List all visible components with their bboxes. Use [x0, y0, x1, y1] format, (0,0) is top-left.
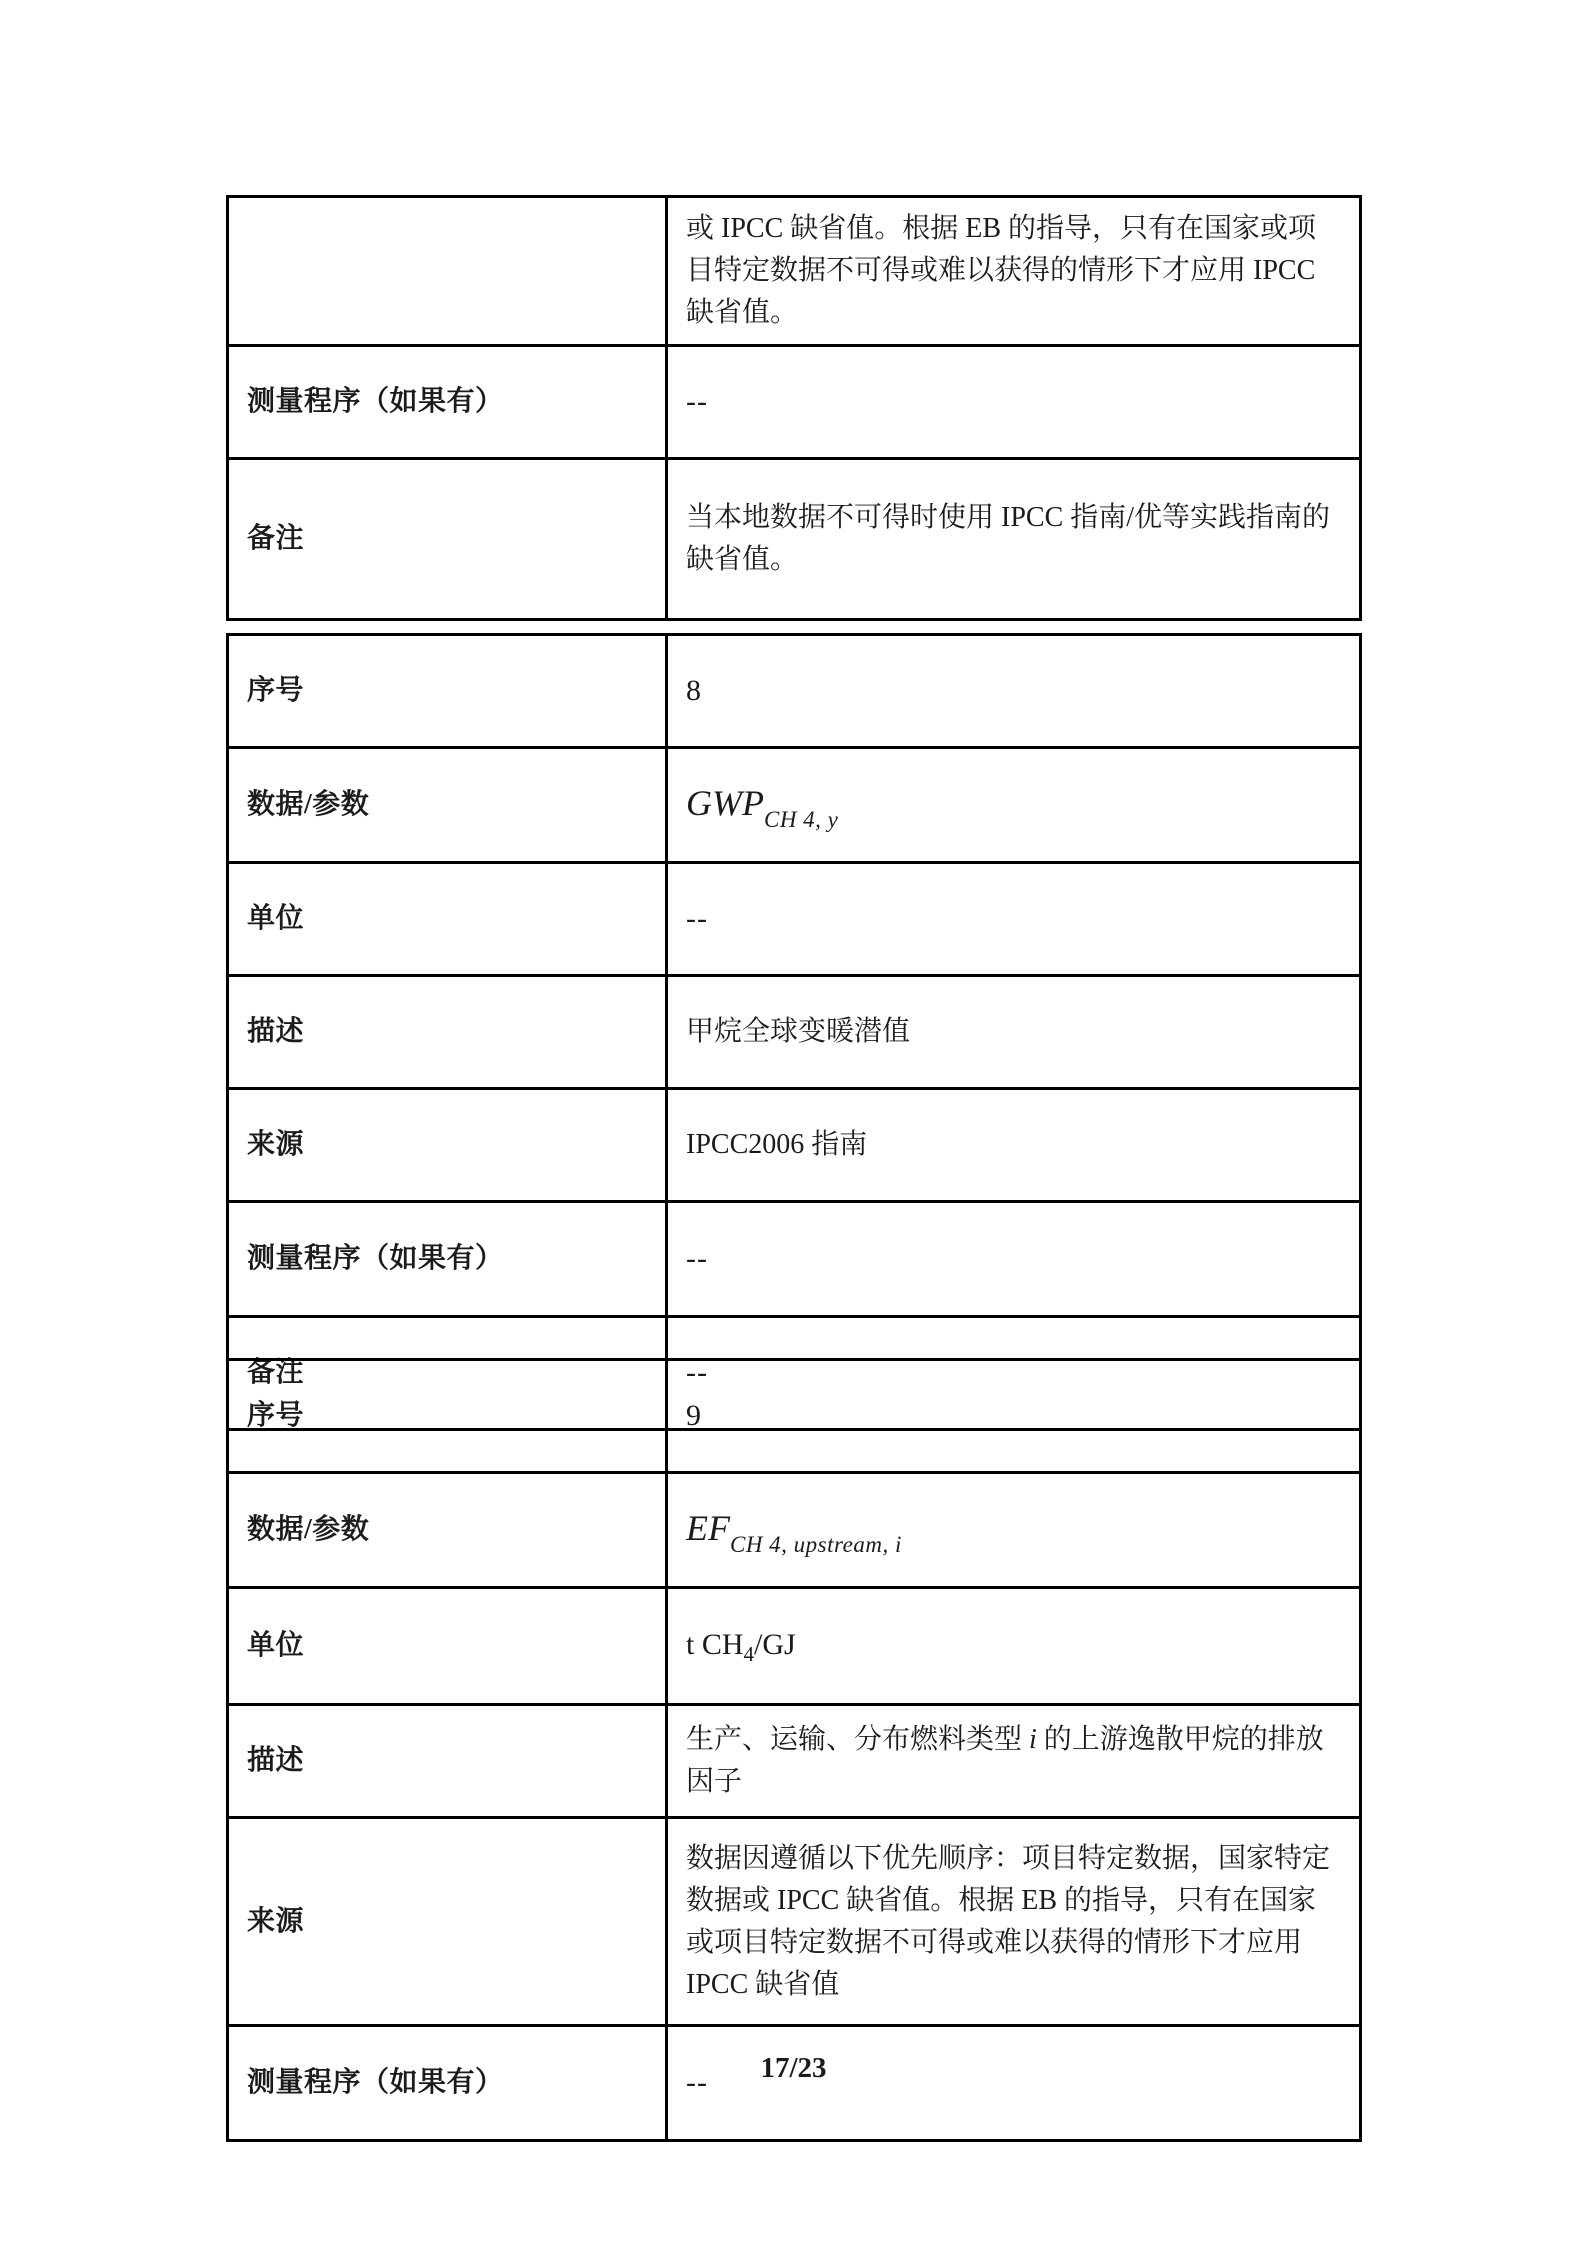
row-label-cell: 数据/参数: [228, 1473, 667, 1588]
row-label: 数据/参数: [247, 789, 369, 820]
row-label: 描述: [247, 1016, 304, 1047]
row-label-cell: 测量程序（如果有）: [228, 346, 667, 459]
source-text: IPCC2006 指南: [686, 1129, 867, 1160]
parameter-table-8: 序号 8 数据/参数 GWPCH 4, y 单位 -- 描述 甲烷全球变暖潜值 …: [226, 633, 1362, 1431]
formula-subscript: CH 4, upstream, i: [730, 1532, 902, 1557]
row-label-cell: 单位: [228, 1588, 667, 1705]
table-row: 单位 t CH4/GJ: [228, 1588, 1361, 1705]
row-label-cell: 序号: [228, 635, 667, 748]
row-value-cell: --: [667, 1202, 1361, 1317]
measurement-procedure-value: --: [686, 385, 708, 418]
row-value-cell: 当本地数据不可得时使用 IPCC 指南/优等实践指南的缺省值。: [667, 459, 1361, 620]
row-value-cell: 生产、运输、分布燃料类型 i 的上游逸散甲烷的排放因子: [667, 1705, 1361, 1818]
row-label-cell: 单位: [228, 863, 667, 976]
row-value-cell: 数据因遵循以下优先顺序：项目特定数据，国家特定数据或 IPCC 缺省值。根据 E…: [667, 1818, 1361, 2026]
table-row: 测量程序（如果有） --: [228, 1202, 1361, 1317]
table-row: 备注 当本地数据不可得时使用 IPCC 指南/优等实践指南的缺省值。: [228, 459, 1361, 620]
row-label: 描述: [247, 1745, 304, 1776]
table-row: 描述 甲烷全球变暖潜值: [228, 976, 1361, 1089]
unit-value: --: [686, 902, 708, 935]
row-label-cell: [228, 197, 667, 346]
parameter-formula: GWPCH 4, y: [686, 783, 838, 823]
table-row: 单位 --: [228, 863, 1361, 976]
row-label: 来源: [247, 1906, 304, 1937]
row-value-cell: 甲烷全球变暖潜值: [667, 976, 1361, 1089]
row-label-cell: 序号: [228, 1360, 667, 1473]
table-row: 测量程序（如果有） --: [228, 346, 1361, 459]
table-row: 来源 IPCC2006 指南: [228, 1089, 1361, 1202]
table-row: 数据/参数 EFCH 4, upstream, i: [228, 1473, 1361, 1588]
row-label-cell: 来源: [228, 1089, 667, 1202]
sequence-number: 8: [686, 674, 701, 707]
table-row: 数据/参数 GWPCH 4, y: [228, 748, 1361, 863]
row-value-cell: 9: [667, 1360, 1361, 1473]
table-row: 序号 9: [228, 1360, 1361, 1473]
unit-value: t CH4/GJ: [686, 1628, 796, 1661]
document-page: 或 IPCC 缺省值。根据 EB 的指导，只有在国家或项目特定数据不可得或难以获…: [0, 0, 1587, 2245]
row-label-cell: 测量程序（如果有）: [228, 1202, 667, 1317]
table-row: 来源 数据因遵循以下优先顺序：项目特定数据，国家特定数据或 IPCC 缺省值。根…: [228, 1818, 1361, 2026]
parameter-table-continued: 或 IPCC 缺省值。根据 EB 的指导，只有在国家或项目特定数据不可得或难以获…: [226, 195, 1362, 621]
unit-subscript: 4: [744, 1642, 755, 1666]
row-value-cell: --: [667, 863, 1361, 976]
measurement-procedure-value: --: [686, 1242, 708, 1275]
row-label-cell: 备注: [228, 459, 667, 620]
page-number: 17/23: [0, 2052, 1587, 2085]
row-label: 单位: [247, 1630, 304, 1661]
row-label: 数据/参数: [247, 1514, 369, 1545]
source-continued-text: 或 IPCC 缺省值。根据 EB 的指导，只有在国家或项目特定数据不可得或难以获…: [686, 213, 1316, 328]
row-label: 单位: [247, 903, 304, 934]
row-label: 测量程序（如果有）: [247, 1243, 504, 1274]
description-text: 甲烷全球变暖潜值: [686, 1016, 910, 1047]
row-label-cell: 描述: [228, 976, 667, 1089]
row-value-cell: t CH4/GJ: [667, 1588, 1361, 1705]
row-value-cell: 8: [667, 635, 1361, 748]
row-value-cell: EFCH 4, upstream, i: [667, 1473, 1361, 1588]
row-label: 序号: [247, 675, 304, 706]
table-row: 或 IPCC 缺省值。根据 EB 的指导，只有在国家或项目特定数据不可得或难以获…: [228, 197, 1361, 346]
table-row: 描述 生产、运输、分布燃料类型 i 的上游逸散甲烷的排放因子: [228, 1705, 1361, 1818]
formula-base: GWP: [686, 783, 764, 823]
row-value-cell: --: [667, 346, 1361, 459]
fuel-type-index-variable: i: [1029, 1724, 1037, 1755]
table-row: 序号 8: [228, 635, 1361, 748]
row-value-cell: GWPCH 4, y: [667, 748, 1361, 863]
row-value-cell: IPCC2006 指南: [667, 1089, 1361, 1202]
row-value-cell: 或 IPCC 缺省值。根据 EB 的指导，只有在国家或项目特定数据不可得或难以获…: [667, 197, 1361, 346]
remark-text: 当本地数据不可得时使用 IPCC 指南/优等实践指南的缺省值。: [686, 502, 1330, 575]
row-label: 序号: [247, 1400, 304, 1431]
formula-subscript: CH 4, y: [764, 807, 838, 832]
row-label: 测量程序（如果有）: [247, 386, 504, 417]
row-label-cell: 数据/参数: [228, 748, 667, 863]
parameter-table-9: 序号 9 数据/参数 EFCH 4, upstream, i 单位 t CH4/…: [226, 1358, 1362, 2142]
row-label: 来源: [247, 1129, 304, 1160]
row-label-cell: 描述: [228, 1705, 667, 1818]
row-label-cell: 来源: [228, 1818, 667, 2026]
row-label: 备注: [247, 523, 304, 554]
parameter-formula: EFCH 4, upstream, i: [686, 1508, 902, 1548]
description-text: 生产、运输、分布燃料类型 i 的上游逸散甲烷的排放因子: [686, 1724, 1324, 1797]
sequence-number: 9: [686, 1399, 701, 1432]
source-text: 数据因遵循以下优先顺序：项目特定数据，国家特定数据或 IPCC 缺省值。根据 E…: [686, 1843, 1330, 2000]
formula-base: EF: [686, 1508, 730, 1548]
